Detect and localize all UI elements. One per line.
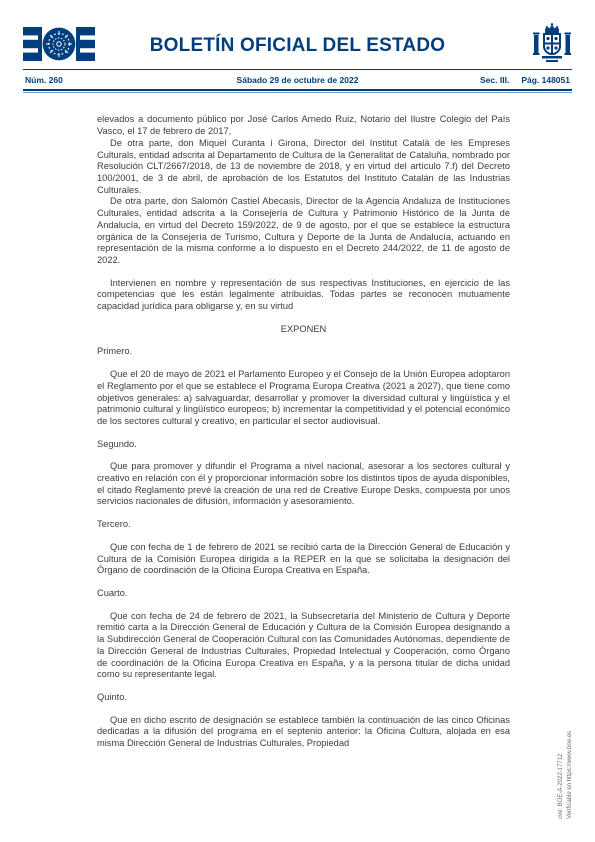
cve-code: cve: BOE-A-2022-17712 (557, 686, 566, 819)
paragraph: Que con fecha de 1 de febrero de 2021 se… (97, 542, 510, 577)
paragraph: De otra parte, don Salomón Castiel Abeca… (97, 196, 510, 266)
paragraph: Que en dicho escrito de designación se e… (97, 715, 510, 750)
section-heading: Segundo. (97, 439, 510, 451)
section-heading: Quinto. (97, 692, 510, 704)
section-heading: Cuarto. (97, 588, 510, 600)
header-top-row: BOLETÍN OFICIAL DEL ESTADO (23, 26, 572, 66)
paragraph: Que el 20 de mayo de 2021 el Parlamento … (97, 369, 510, 428)
header-divider-thick (23, 89, 572, 93)
paragraph: Que con fecha de 24 de febrero de 2021, … (97, 611, 510, 681)
exponen-heading: EXPONEN (97, 324, 510, 336)
boe-document-page: BOLETÍN OFICIAL DEL ESTADO (0, 0, 595, 842)
paragraph: De otra parte, don Miquel Curanta i Giro… (97, 138, 510, 197)
section-heading: Tercero. (97, 519, 510, 531)
document-body: elevados a documento público por José Ca… (97, 114, 510, 749)
page-header: BOLETÍN OFICIAL DEL ESTADO (0, 0, 595, 93)
section-heading: Primero. (97, 346, 510, 358)
header-meta-row: Núm. 260 Sábado 29 de octubre de 2022 Se… (23, 70, 572, 89)
paragraph: Que para promover y difundir el Programa… (97, 461, 510, 508)
verification-sidebar: cve: BOE-A-2022-17712 Verificable en htt… (557, 686, 574, 819)
page-title: BOLETÍN OFICIAL DEL ESTADO (23, 35, 572, 57)
paragraph: Intervienen en nombre y representación d… (97, 278, 510, 313)
verify-url: Verificable en https://www.boe.es (566, 686, 575, 819)
issue-date: Sábado 29 de octubre de 2022 (23, 75, 572, 85)
paragraph: elevados a documento público por José Ca… (97, 114, 510, 137)
